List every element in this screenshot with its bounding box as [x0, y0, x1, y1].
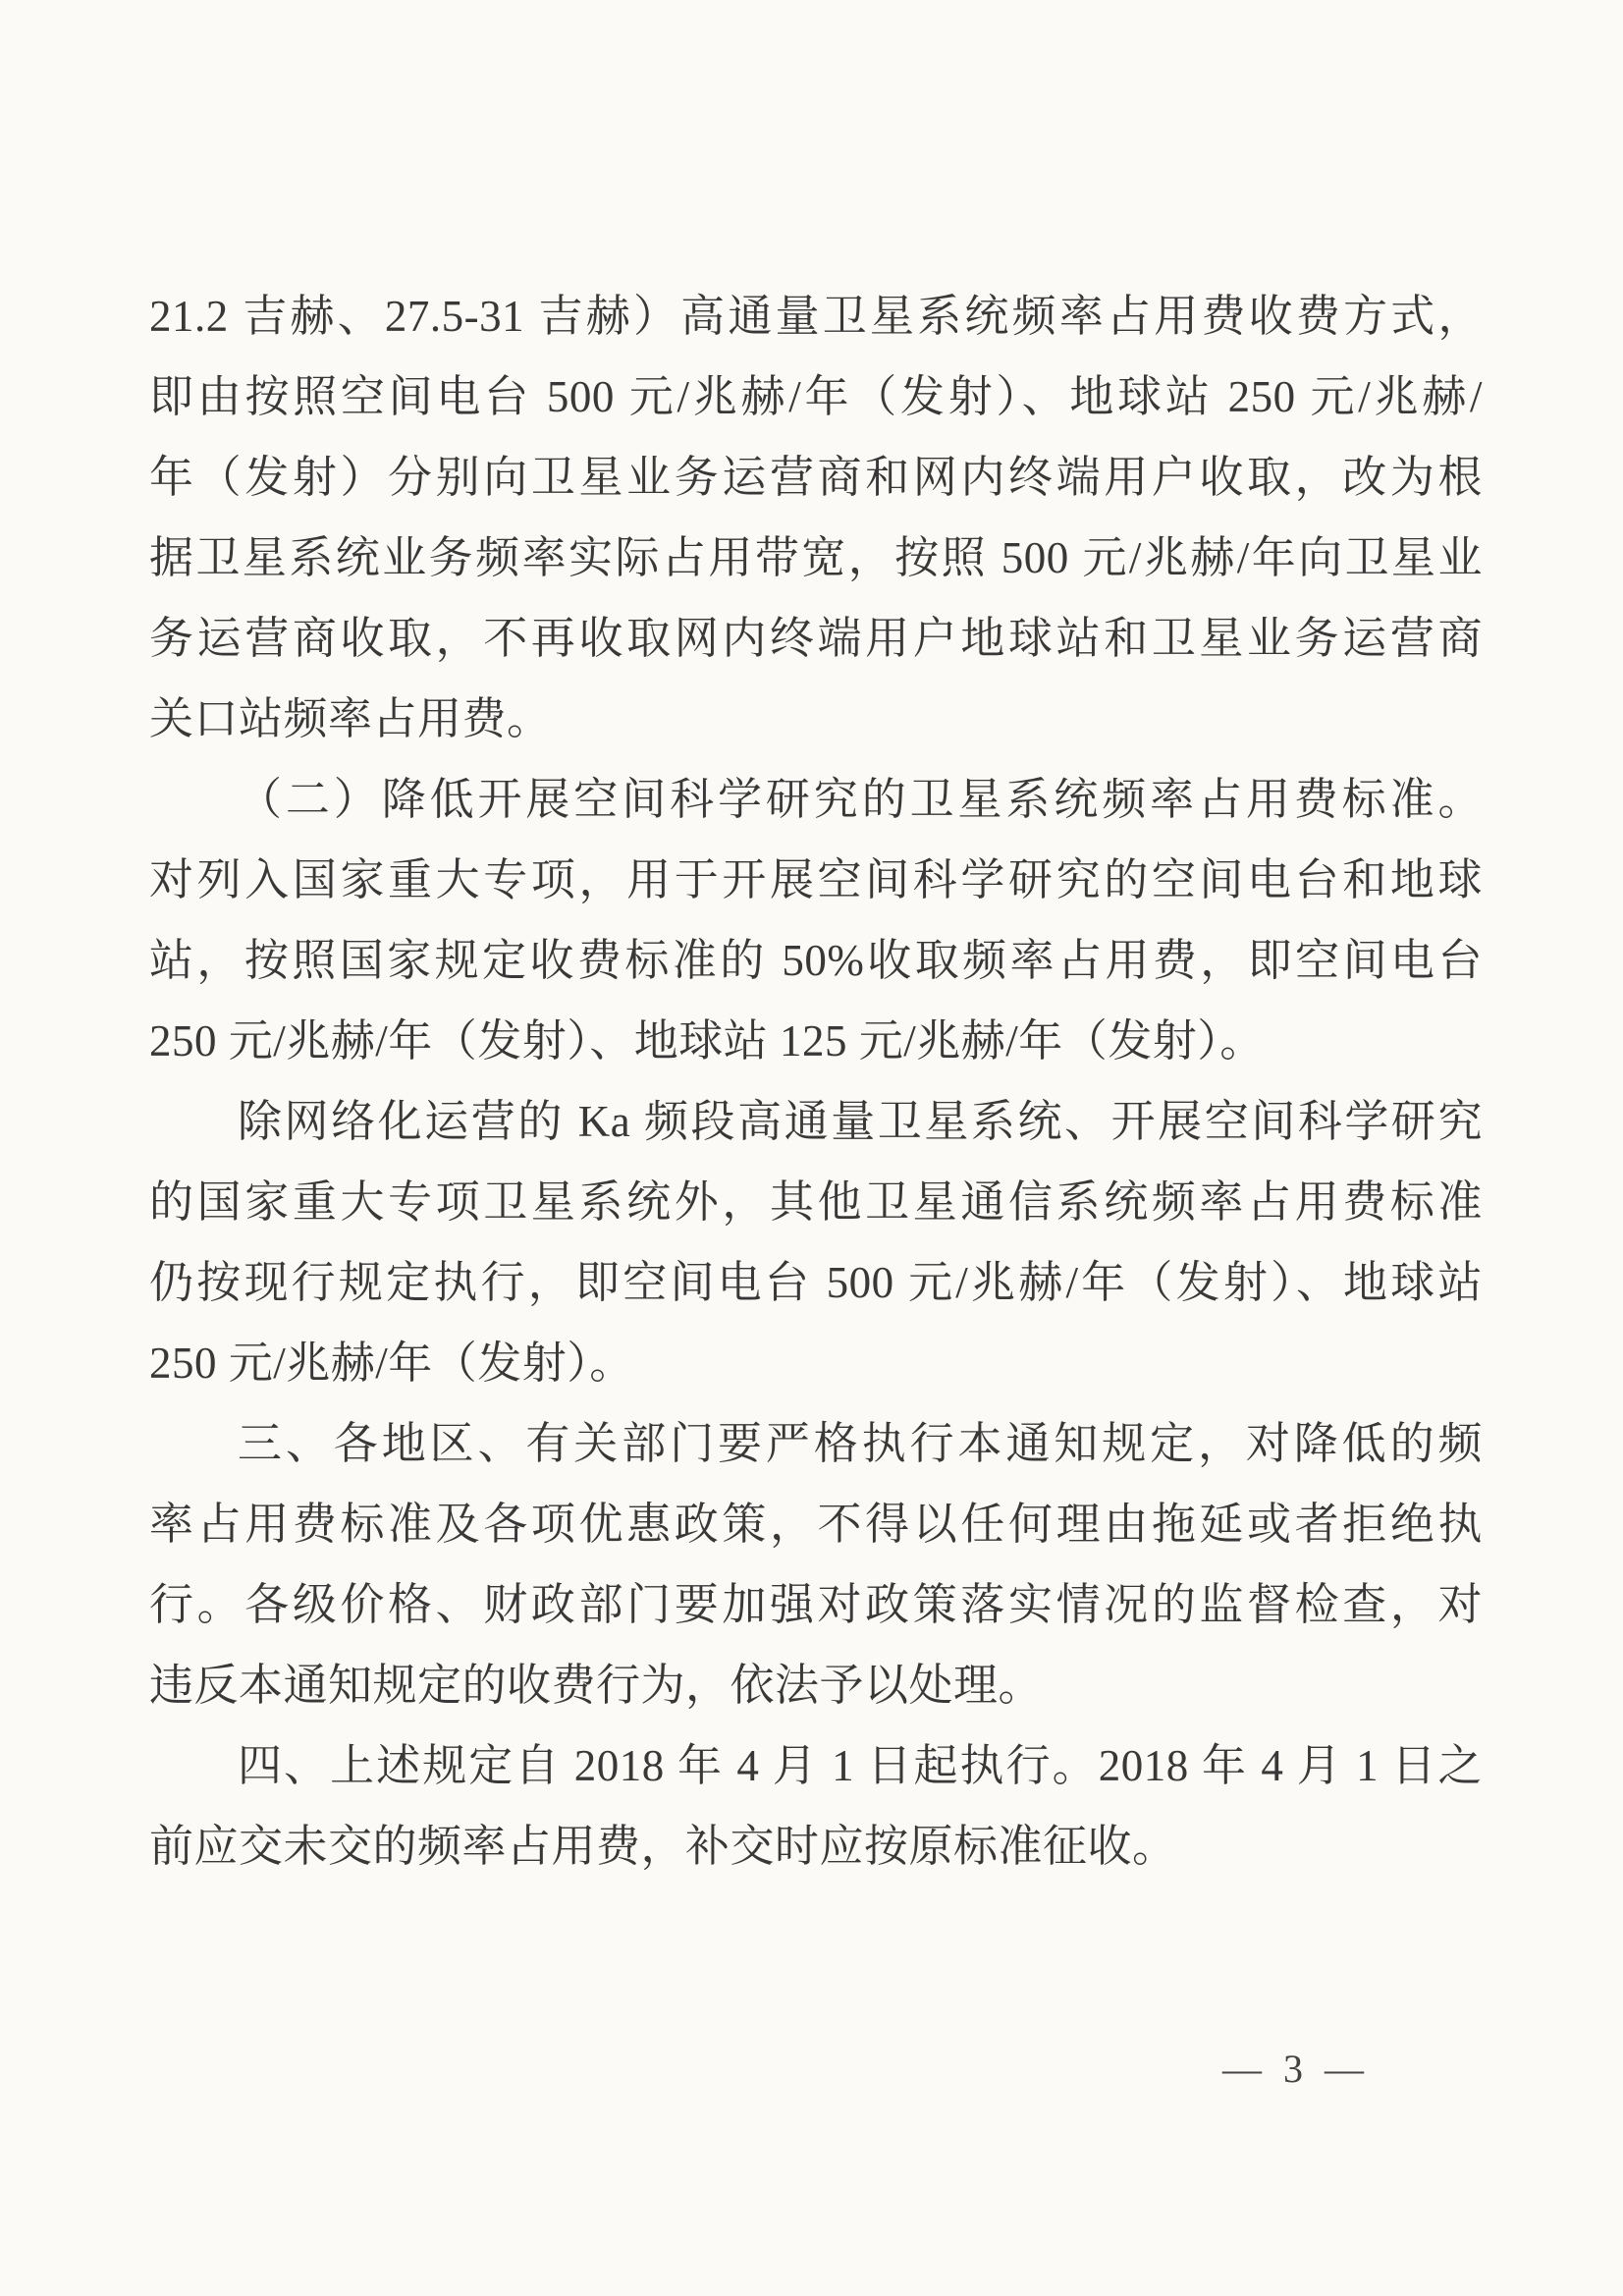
text-line: 三、各地区、有关部门要严格执行本通知规定，对降低的频 [149, 1403, 1483, 1484]
text-line: 即由按照空间电台 500 元/兆赫/年（发射）、地球站 250 元/兆赫/ [149, 356, 1483, 437]
text-line: 据卫星系统业务频率实际占用带宽，按照 500 元/兆赫/年向卫星业 [149, 518, 1483, 598]
text-line: 年（发射）分别向卫星业务运营商和网内终端用户收取，改为根 [149, 437, 1483, 518]
text-line: 的国家重大专项卫星系统外，其他卫星通信系统频率占用费标准 [149, 1162, 1483, 1242]
text-line: 关口站频率占用费。 [149, 679, 1483, 759]
text-line: 250 元/兆赫/年（发射）、地球站 125 元/兆赫/年（发射）。 [149, 1001, 1483, 1081]
text-line: 250 元/兆赫/年（发射）。 [149, 1323, 1483, 1403]
text-line: 除网络化运营的 Ka 频段高通量卫星系统、开展空间科学研究 [149, 1081, 1483, 1162]
text-line: 21.2 吉赫、27.5-31 吉赫）高通量卫星系统频率占用费收费方式， [149, 276, 1483, 356]
text-line: 率占用费标准及各项优惠政策，不得以任何理由拖延或者拒绝执 [149, 1484, 1483, 1564]
text-line: 对列入国家重大专项，用于开展空间科学研究的空间电台和地球 [149, 840, 1483, 920]
text-line: 行。各级价格、财政部门要加强对政策落实情况的监督检查，对 [149, 1564, 1483, 1645]
text-line: 违反本通知规定的收费行为，依法予以处理。 [149, 1645, 1483, 1725]
text-line: 前应交未交的频率占用费，补交时应按原标准征收。 [149, 1806, 1483, 1886]
text-line: 仍按现行规定执行，即空间电台 500 元/兆赫/年（发射）、地球站 [149, 1242, 1483, 1323]
text-line: 站，按照国家规定收费标准的 50%收取频率占用费，即空间电台 [149, 920, 1483, 1001]
document-body: 21.2 吉赫、27.5-31 吉赫）高通量卫星系统频率占用费收费方式， 即由按… [149, 276, 1483, 1886]
text-line: 务运营商收取，不再收取网内终端用户地球站和卫星业务运营商 [149, 598, 1483, 679]
text-line: （二）降低开展空间科学研究的卫星系统频率占用费标准。 [149, 759, 1483, 840]
text-line: 四、上述规定自 2018 年 4 月 1 日起执行。2018 年 4 月 1 日… [149, 1725, 1483, 1806]
document-page: 21.2 吉赫、27.5-31 吉赫）高通量卫星系统频率占用费收费方式， 即由按… [0, 0, 1623, 2296]
page-number: — 3 — [1222, 2046, 1370, 2093]
